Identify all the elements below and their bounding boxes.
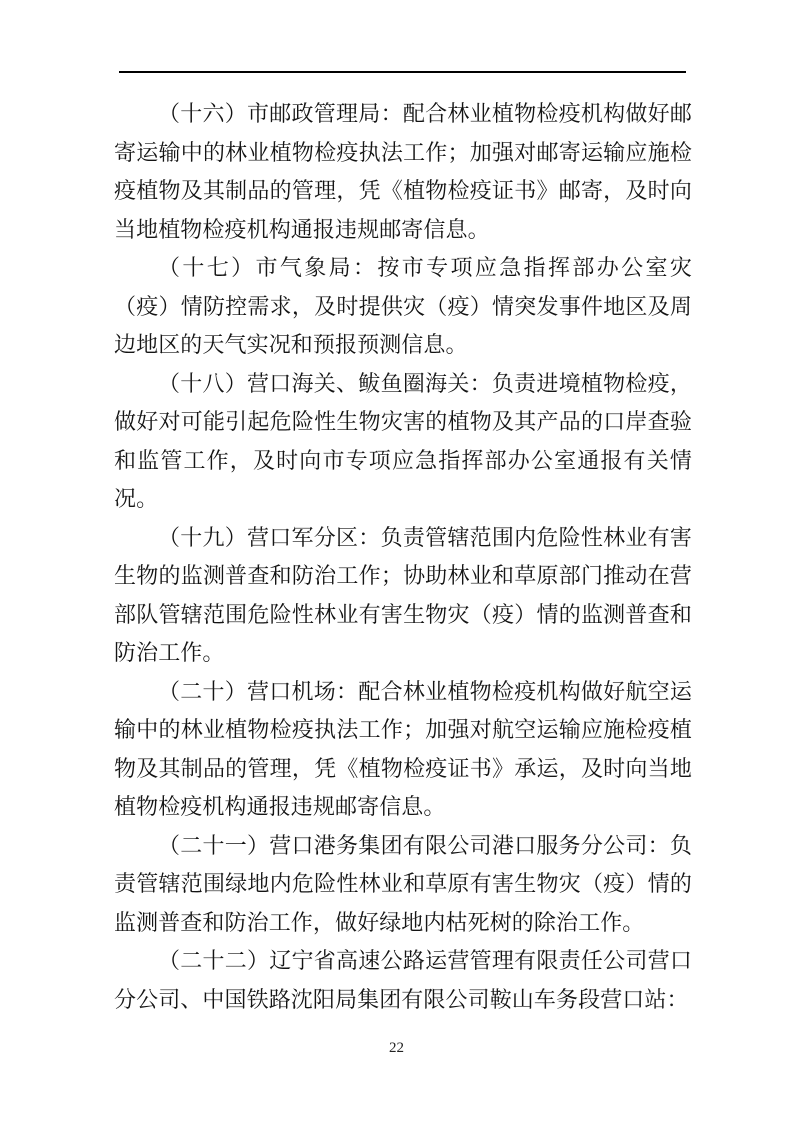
- document-page: （十六）市邮政管理局：配合林业植物检疫机构做好邮寄运输中的林业植物检疫执法工作；…: [0, 0, 793, 1122]
- paragraph-20: （二十）营口机场：配合林业植物检疫机构做好航空运输中的林业植物检疫执法工作；加强…: [114, 673, 692, 827]
- paragraph-16: （十六）市邮政管理局：配合林业植物检疫机构做好邮寄运输中的林业植物检疫执法工作；…: [114, 95, 692, 249]
- page-number: 22: [0, 1038, 793, 1058]
- document-body: （十六）市邮政管理局：配合林业植物检疫机构做好邮寄运输中的林业植物检疫执法工作；…: [114, 95, 692, 1019]
- paragraph-21: （二十一）营口港务集团有限公司港口服务分公司：负责管辖范围绿地内危险性林业和草原…: [114, 827, 692, 943]
- paragraph-19: （十九）营口军分区：负责管辖范围内危险性林业有害生物的监测普查和防治工作；协助林…: [114, 519, 692, 673]
- paragraph-22: （二十二）辽宁省高速公路运营管理有限责任公司营口分公司、中国铁路沈阳局集团有限公…: [114, 942, 692, 1019]
- header-rule: [119, 71, 686, 73]
- paragraph-17: （十七）市气象局：按市专项应急指挥部办公室灾（疫）情防控需求，及时提供灾（疫）情…: [114, 249, 692, 365]
- paragraph-18: （十八）营口海关、鲅鱼圈海关：负责进境植物检疫，做好对可能引起危险性生物灾害的植…: [114, 365, 692, 519]
